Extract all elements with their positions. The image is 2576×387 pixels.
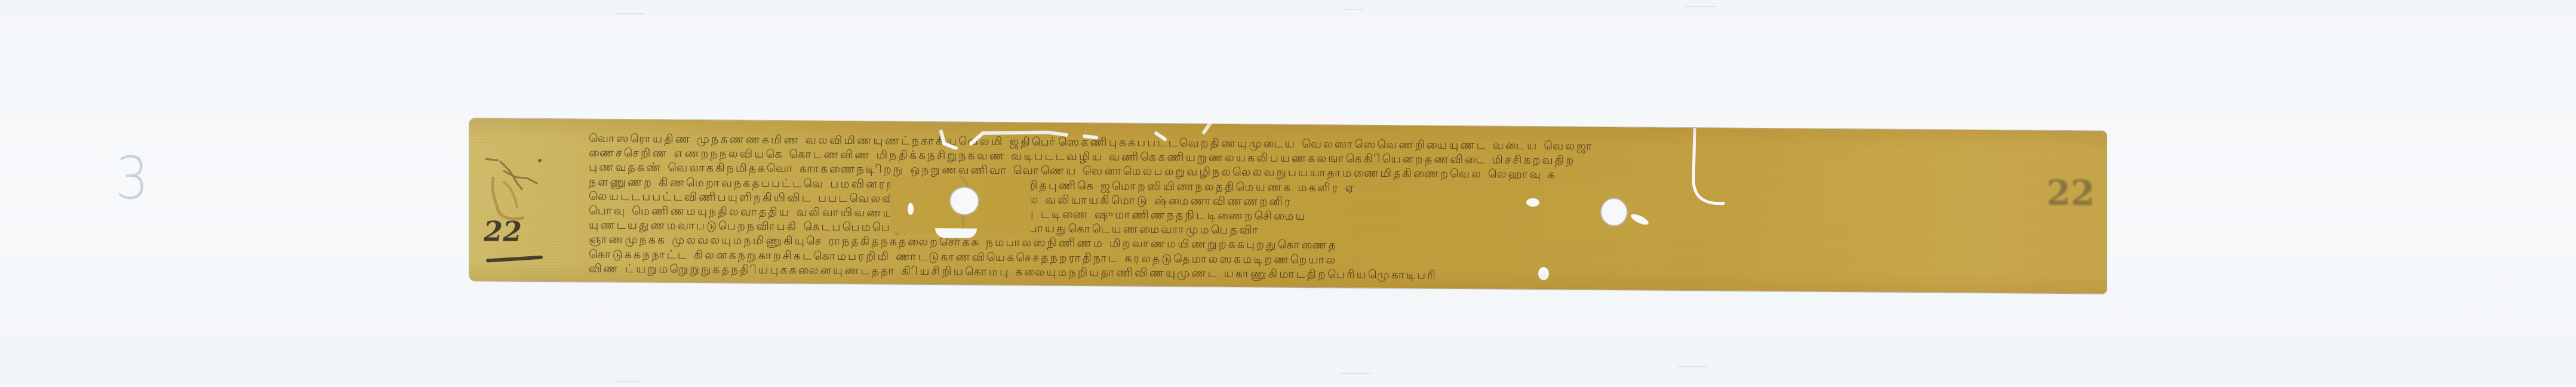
leaf-crack <box>1687 128 1735 212</box>
scan-artifact <box>1341 373 1370 374</box>
folio-number-underline <box>486 256 543 263</box>
damage-spot <box>1526 198 1539 207</box>
manuscript-text: வொஸரொயதிண முநகணணகமிண வலவிமிணயுணட்நகாகியவ… <box>589 131 1960 287</box>
folio-number-right: 22 <box>2046 179 2095 208</box>
damage-spot <box>908 203 914 215</box>
scan-artifact <box>1678 366 1708 367</box>
margin-figure-drawing <box>480 153 546 225</box>
damage-spot <box>1538 267 1549 280</box>
scan-artifact <box>615 13 645 14</box>
damage-crescent <box>935 228 977 238</box>
scan-artifact <box>615 381 642 382</box>
binding-hole-left <box>949 186 979 215</box>
scan-artifact <box>1344 9 1364 10</box>
palm-leaf-folio: 22 22 வொஸரொயதிண முநகணணகமிண வலவிமிணயுணட்ந… <box>469 118 2107 294</box>
edge-tear <box>929 119 1240 152</box>
binding-hole-right <box>1600 198 1628 226</box>
folio-number-left: 22 <box>484 217 522 245</box>
pencil-page-number: 3 <box>115 149 149 208</box>
scan-artifact <box>1684 6 1717 7</box>
